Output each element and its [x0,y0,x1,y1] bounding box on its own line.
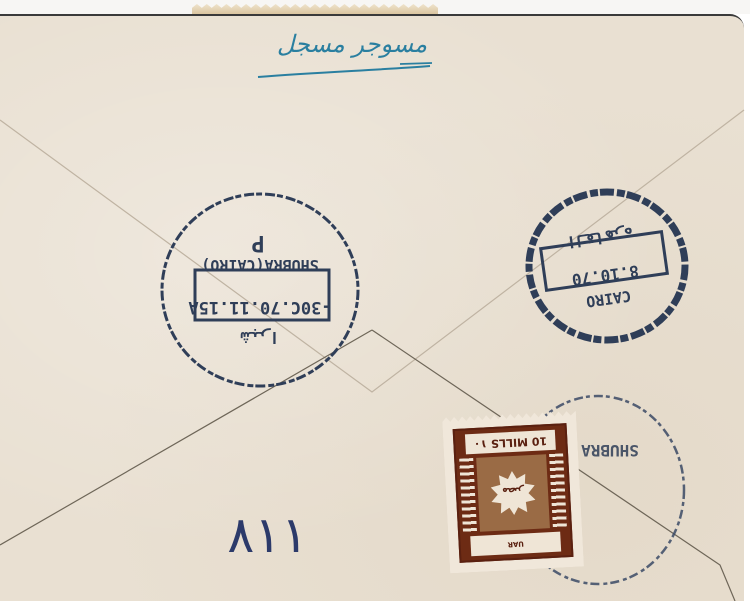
handwritten-arabic-note: مسوجر مسجل [222,30,482,70]
stamp-emblem-text: مصر [491,484,536,499]
star-emblem-icon: مصر [490,470,536,516]
postmark-date: -30C.70.11.15A [188,297,331,317]
handwritten-number: ٨١١ [208,500,308,570]
stamp-ornament-right [549,453,567,528]
stamp-country: UAR [470,532,561,557]
postmark-arabic: القاهرة [565,224,634,252]
stamp-center-panel: مصر [476,454,550,532]
envelope-flap-lines: -30C.70.11.15A SHUBRA(CAIRO) P شبرا 8.10… [0,0,750,601]
postmark-city: CAIRO [585,287,632,311]
postmark-city: SHUBRA [581,441,639,460]
postmark-date: 8.10.70 [571,261,640,289]
postmark-shubra-cairo: -30C.70.11.15A SHUBRA(CAIRO) P شبرا [162,194,358,386]
stamp-denomination: 10 MILLS ١٠ [465,430,556,455]
postage-stamp: 10 MILLS ١٠ مصر UAR [442,411,584,574]
stamp-ornament-left [459,458,477,533]
postmark-city: SHUBRA(CAIRO) [201,256,318,274]
postmark-letter: P [251,230,264,255]
postmark-arabic: شبرا [240,328,279,347]
stamp-frame: 10 MILLS ١٠ مصر UAR [453,423,574,563]
